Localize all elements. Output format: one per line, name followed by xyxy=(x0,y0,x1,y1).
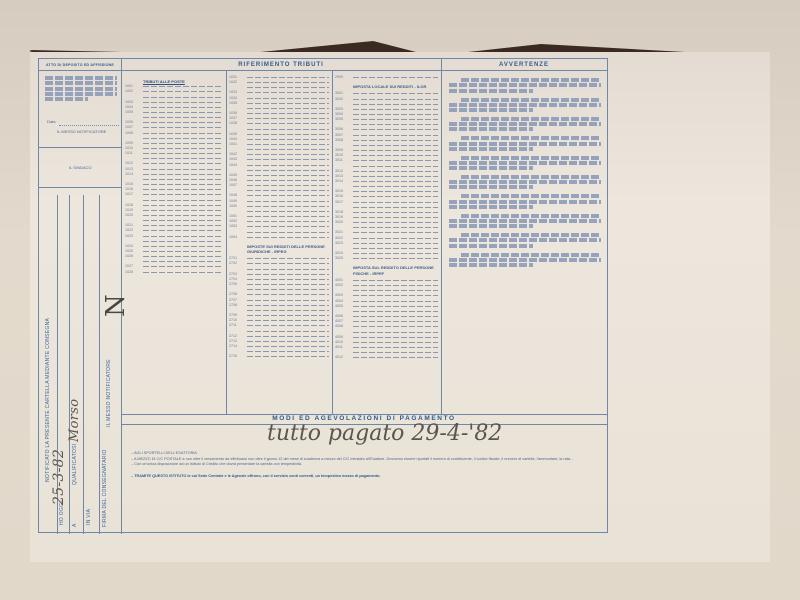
modi-pagamento-list: – AGLI SPORTELLI DELL'ESATTORIA– A MEZZO… xyxy=(131,451,591,479)
tributi-column-2: 1031103210331034103510361037103810391040… xyxy=(229,75,329,410)
tributo-code: 4012 xyxy=(335,355,349,360)
tributo-row: 4012 xyxy=(335,355,438,360)
avvertenza-paragraph: Il pagamento delle rate deve essere effe… xyxy=(449,78,601,92)
avvertenza-paragraph: I ricorsi avverso le iscrizioni a ruolo … xyxy=(449,175,601,189)
messo-label: IL MESSO NOTIFICATORE xyxy=(57,129,106,134)
avvertenza-paragraph: Ogni richiesta di chiarimento in ordine … xyxy=(449,156,601,170)
tributo-code: 1028 xyxy=(125,270,139,275)
avvertenza-paragraph: Quando la cartella viene notificata oltr… xyxy=(449,98,601,112)
in-via-label: IN VIA xyxy=(86,509,92,525)
messo-notificatore-label: IL MESSO NOTIFICATORE xyxy=(106,359,112,427)
date-field[interactable] xyxy=(59,125,119,126)
tributo-code: 2715 xyxy=(229,354,243,359)
tributi-column-1: TRIBUTI ALLE POSTE 100110021003100410051… xyxy=(125,79,223,409)
avvertenze-header: AVVERTENZE xyxy=(441,59,607,71)
handwritten-paid-note: tutto pagato 29-4-'82 xyxy=(267,421,502,446)
notification-block: NOTIFICATO LA PRESENTE CARTELLA MEDIANTE… xyxy=(39,187,121,534)
firma-consegnatario-label: FIRMA DEL CONSEGNATARIO xyxy=(102,449,108,527)
a-label: A xyxy=(72,523,78,527)
payment-method-item: – Con un'unica disposizione ad un Istitu… xyxy=(131,462,591,468)
col3-section-b: IMPOSTA SUL REDDITO DELLE PERSONE FISICH… xyxy=(353,265,438,275)
payment-method-item: – TRAMITE QUESTO ISTITUTO le cui Sede Ce… xyxy=(131,474,591,480)
tributo-row: 1028 xyxy=(125,270,223,275)
ho-oggi-value: 25-3-82 xyxy=(51,449,67,505)
avvertenze-text: Il pagamento delle rate deve essere effe… xyxy=(449,77,601,272)
sindaco-label: IL SINDACO xyxy=(69,165,92,170)
date-label: Data xyxy=(47,119,55,124)
avvertenza-paragraph: In caso di omesso pagamento di due rate … xyxy=(449,136,601,150)
left-intro-text xyxy=(45,75,117,102)
tributo-row: 2715 xyxy=(229,354,329,359)
tributi-column-3: 2999 IMPOSTA LOCALE SUI REDDITI - ILOR 3… xyxy=(335,75,438,410)
col2-section: IMPOSTE SUI REDDITI DELLE PERSONE GIURID… xyxy=(247,244,329,254)
col3-rows: 3001300230033004300530063007300830093010… xyxy=(335,91,438,261)
tributo-row: 3025 xyxy=(335,256,438,261)
avvertenza-paragraph: L'imputazione del pagamento viene esegui… xyxy=(449,233,601,247)
avvertenza-paragraph: La quietanza è il certificato di versame… xyxy=(449,253,601,267)
qualificatosi-value: Morso xyxy=(67,399,82,442)
payment-card-form: ATTO DI DEPOSITO ED AFFISSIONE RIFERIMEN… xyxy=(38,58,608,533)
col3-section: IMPOSTA LOCALE SUI REDDITI - ILOR xyxy=(353,84,438,89)
col3-rows-b: 4001400240034004400540064007400840094010… xyxy=(335,278,438,360)
col1-rows: 1001100210031004100510061007100810091010… xyxy=(125,84,223,275)
tributo-code: 1054 xyxy=(229,235,243,240)
avvertenza-paragraph: L'esattore è tenuto al rilascio di quiet… xyxy=(449,214,601,228)
divider xyxy=(226,71,227,414)
divider xyxy=(332,71,333,414)
col2-rows: 1031103210331034103510361037103810391040… xyxy=(229,75,329,240)
avvertenza-paragraph: Nel caso che la cartella non sia stata n… xyxy=(449,117,601,131)
tributo-code: 3025 xyxy=(335,256,349,261)
riferimento-tributi-header: RIFERIMENTO TRIBUTI xyxy=(121,59,441,71)
tributo-row: 1054 xyxy=(229,235,329,240)
col2-rows-b: 2701270227032704270527062707270827092710… xyxy=(229,256,329,359)
left-panel-header: ATTO DI DEPOSITO ED AFFISSIONE xyxy=(39,59,121,71)
avvertenza-paragraph: I ricorsi avverso le iscrizioni a ruolo … xyxy=(449,194,601,208)
qualificatosi-label: QUALIFICATOSI xyxy=(72,444,78,486)
divider xyxy=(441,59,442,414)
divider xyxy=(39,147,121,148)
